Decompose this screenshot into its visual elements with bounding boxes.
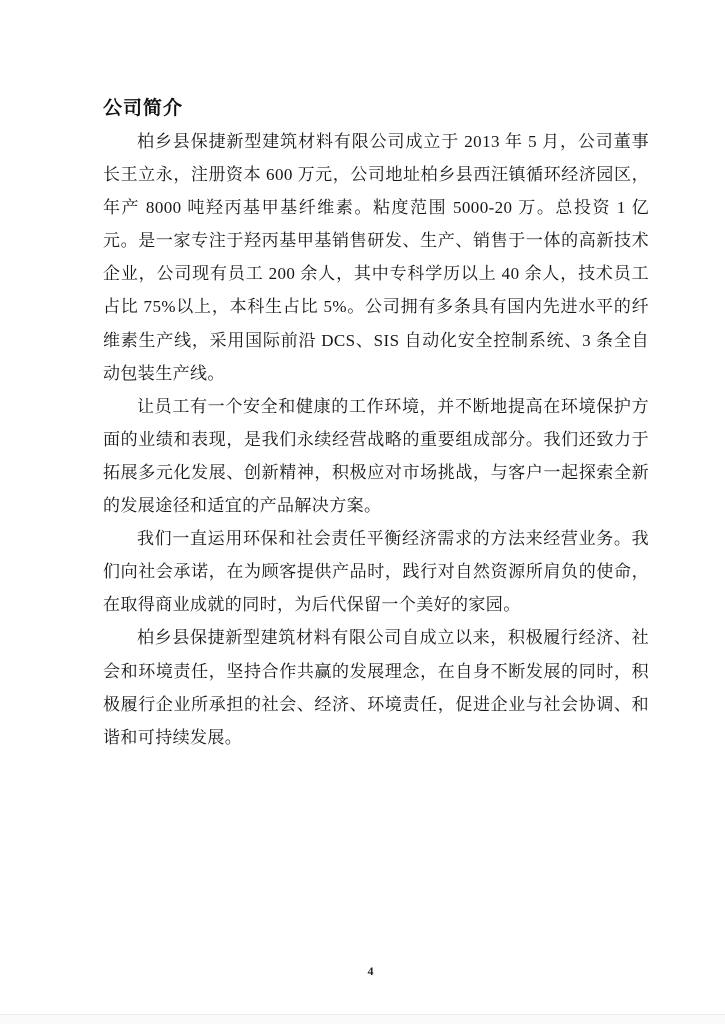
paragraph-company-overview: 柏乡县保捷新型建筑材料有限公司成立于 2013 年 5 月，公司董事长王立永，注… <box>103 125 649 390</box>
paragraph-work-environment: 让员工有一个安全和健康的工作环境，并不断地提高在环境保护方面的业绩和表现，是我们… <box>103 390 649 522</box>
paragraph-social-commitment: 我们一直运用环保和社会责任平衡经济需求的方法来经营业务。我们向社会承诺，在为顾客… <box>103 522 649 621</box>
document-body: 公司简介 柏乡县保捷新型建筑材料有限公司成立于 2013 年 5 月，公司董事长… <box>103 92 649 754</box>
section-heading: 公司简介 <box>103 92 649 125</box>
document-page: 公司简介 柏乡县保捷新型建筑材料有限公司成立于 2013 年 5 月，公司董事长… <box>0 0 725 1024</box>
page-footer: 4 <box>0 962 725 980</box>
paragraph-responsibility: 柏乡县保捷新型建筑材料有限公司自成立以来，积极履行经济、社会和环境责任，坚持合作… <box>103 621 649 753</box>
page-bottom-edge <box>0 1014 725 1024</box>
page-number: 4 <box>368 964 374 979</box>
